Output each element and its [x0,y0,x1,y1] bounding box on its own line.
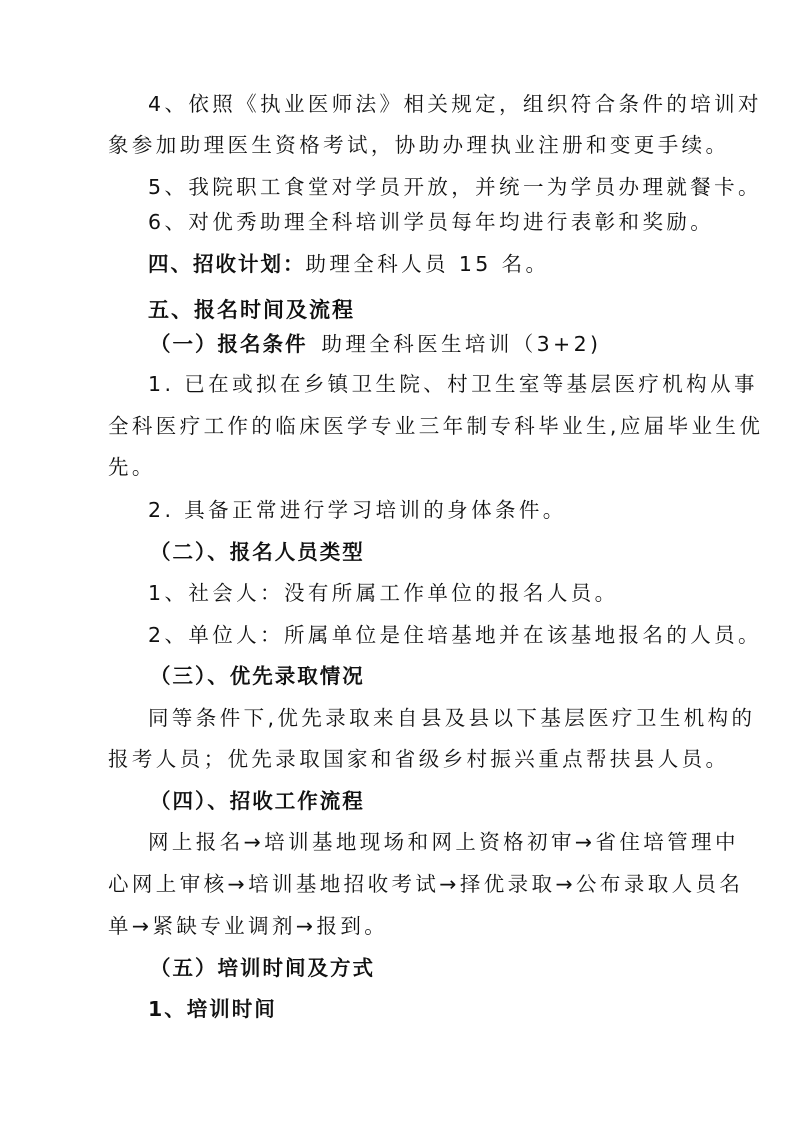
subsection-1-text: 助理全科医生培训（3+2) [322,332,602,356]
section-4-text: 助理全科人员 15 名。 [306,252,550,276]
paragraph-item-6: 6、对优秀助理全科培训学员每年均进行表彰和奖励。 [148,210,714,234]
subsection-1-title: （一）报名条件 [150,332,308,356]
type-2: 2、单位人：所属单位是住培基地并在该基地报名的人员。 [148,623,762,647]
condition-1-line1: 1. 已在或拟在乡镇卫生院、村卫生室等基层医疗机构从事 [148,372,758,396]
subsection-1-heading: （一）报名条件助理全科医生培训（3+2) [150,332,601,356]
condition-1-line3: 先。 [108,455,156,479]
type-1: 1、社会人：没有所属工作单位的报名人员。 [148,581,619,605]
priority-line1: 同等条件下,优先录取来自县及县以下基层医疗卫生机构的 [148,706,755,730]
paragraph-item-5: 5、我院职工食堂对学员开放，并统一为学员办理就餐卡。 [148,175,762,199]
paragraph-item-4-line2: 象参加助理医生资格考试，协助办理执业注册和变更手续。 [108,133,693,157]
section-4-heading: 四、招收计划：助理全科人员 15 名。 [148,252,549,276]
subsection-3-heading: （三）、优先录取情况 [150,664,365,688]
condition-2: 2. 具备正常进行学习培训的身体条件。 [148,498,567,522]
priority-line2: 报考人员；优先录取国家和省级乡村振兴重点帮扶县人员。 [108,747,729,771]
training-time-heading: 1、培训时间 [148,997,277,1021]
flow-line3: 单→紧缺专业调剂→报到。 [108,914,388,938]
condition-1-line2: 全科医疗工作的临床医学专业三年制专科毕业生,应届毕业生优 [108,414,693,438]
subsection-2-heading: （二）、报名人员类型 [150,540,365,564]
subsection-4-heading: （四）、招收工作流程 [150,789,365,813]
flow-line1: 网上报名→培训基地现场和网上资格初审→省住培管理中 [148,830,739,854]
section-5-heading: 五、报名时间及流程 [148,298,355,322]
section-4-title: 四、招收计划： [148,252,306,276]
paragraph-item-4-line1: 4、依照《执业医师法》相关规定，组织符合条件的培训对 [148,92,762,116]
subsection-5-heading: （五）培训时间及方式 [150,956,375,980]
flow-line2: 心网上审核→培训基地招收考试→择优录取→公布录取人员名 [108,872,693,896]
